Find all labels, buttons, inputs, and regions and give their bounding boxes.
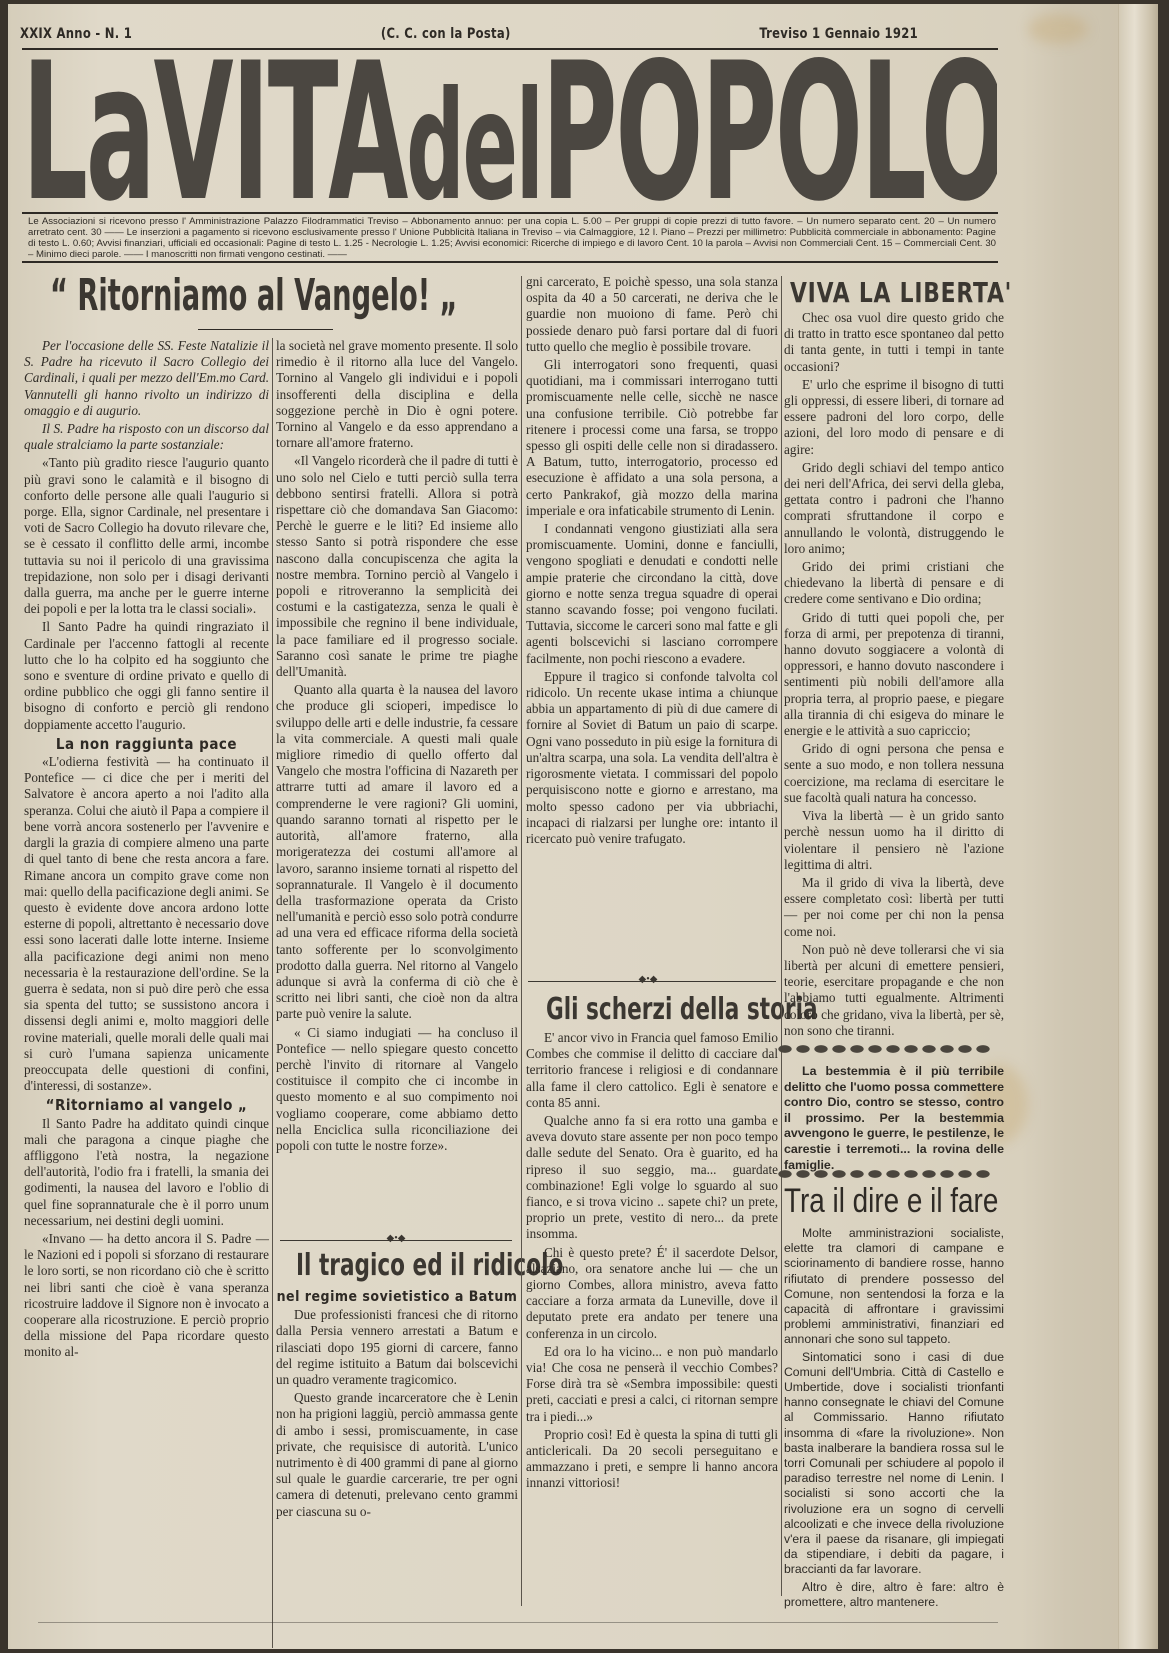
column-3-lower: E' ancor vivo in Francia quel famoso Emi… [526, 1030, 778, 1494]
body-paragraph: Molte amministrazioni socialiste, elette… [784, 1226, 1004, 1348]
column-4-lower: Molte amministrazioni socialiste, elette… [784, 1226, 1004, 1612]
column-4: Chec osa vuol dire questo grido che di t… [784, 310, 1004, 1041]
wavy-divider [778, 1044, 994, 1054]
article-headline: Il tragico ed il ridicolo [296, 1248, 563, 1283]
body-paragraph: Chec osa vuol dire questo grido che di t… [784, 310, 1004, 375]
body-paragraph: Altro è dire, altro è fare: altro è prom… [784, 1580, 1004, 1610]
headline-underline [198, 329, 333, 330]
wavy-divider [778, 1169, 994, 1179]
column-4-notice: La bestemmia è il più terribile delitto … [784, 1064, 1004, 1175]
volume-number: XXIX Anno - N. 1 [20, 26, 132, 42]
bottom-fold-line [38, 1622, 998, 1623]
subscription-bottom-rule [22, 261, 998, 263]
section-subhead: “Ritorniamo al vangelo „ [24, 1097, 269, 1113]
column-1: Per l'occasione delle SS. Feste Natalizi… [24, 338, 269, 1363]
body-paragraph: E' urlo che esprime il bisogno di tutti … [784, 377, 1004, 458]
newspaper-page: XXIX Anno - N. 1 (C. C. con la Posta) Tr… [8, 4, 1158, 1649]
column-2-lower: nel regime sovietistico a Batum Due prof… [276, 1286, 518, 1522]
column-divider [272, 338, 273, 1648]
body-paragraph: Grido dei primi cristiani che chiedevano… [784, 559, 1004, 608]
body-paragraph: Non può nè deve tollerarsi che vi sia li… [784, 942, 1004, 1039]
body-paragraph: Viva la libertà — è un grido santo perch… [784, 808, 1004, 873]
masthead-title: LaVITAdelPOPOLO [22, 52, 997, 212]
section-subhead: La non raggiunta pace [24, 736, 269, 752]
body-paragraph: Il Santo Padre ha additato quindi cinque… [24, 1116, 269, 1229]
column-divider [781, 276, 782, 1596]
body-paragraph: Proprio così! Ed è questa la spina di tu… [526, 1427, 778, 1492]
body-paragraph: Due professionisti francesi che di ritor… [276, 1307, 518, 1388]
page-edge [1118, 4, 1158, 1649]
body-paragraph: Quanto alla quarta è la nausea del lavor… [276, 682, 518, 1022]
intro-paragraph: Per l'occasione delle SS. Feste Natalizi… [24, 338, 269, 419]
body-paragraph: «Il Vangelo ricorderà che il padre di tu… [276, 453, 518, 680]
separator-ornament: ◆•◆ [639, 974, 658, 985]
body-paragraph: I condannati vengono giustiziati alla se… [526, 521, 778, 667]
body-paragraph: Ed ora lo ha vicino... e non può mandarl… [526, 1344, 778, 1425]
article-subtitle: nel regime sovietistico a Batum [276, 1289, 518, 1305]
header-line: XXIX Anno - N. 1 (C. C. con la Posta) Tr… [20, 26, 918, 42]
body-paragraph: Chi è questo prete? É' il sacerdote Dels… [526, 1245, 778, 1342]
subscription-info: Le Associazioni si ricevono presso l' Am… [28, 216, 996, 260]
body-paragraph: Grido degli schiavi del tempo antico dei… [784, 460, 1004, 557]
article-headline: VIVA LA LIBERTA' [790, 276, 1012, 309]
subscription-top-rule [22, 212, 998, 214]
body-paragraph: «Tanto più gradito riesce l'augurio quan… [24, 455, 269, 617]
body-paragraph: gni carcerato, E poichè spesso, una sola… [526, 274, 778, 355]
body-paragraph: Gli interrogatori sono frequenti, quasi … [526, 357, 778, 519]
binding-edge [0, 1180, 4, 1400]
body-paragraph: Questo grande incarceratore che è Lenin … [276, 1390, 518, 1520]
place-date: Treviso 1 Gennaio 1921 [759, 26, 918, 42]
body-paragraph: Il Santo Padre ha quindi ringraziato il … [24, 619, 269, 732]
paper-stain [1028, 14, 1088, 44]
article-headline: “ Ritorniamo al Vangelo! „ [50, 270, 458, 321]
body-paragraph: Ma il grido di viva la libertà, deve ess… [784, 875, 1004, 940]
body-paragraph: Grido di ogni persona che pensa e sente … [784, 741, 1004, 806]
masthead: LaVITAdelPOPOLO [22, 52, 997, 212]
body-paragraph: Eppure il tragico si confonde talvolta c… [526, 669, 778, 847]
body-paragraph: «L'odierna festività — ha continuato il … [24, 754, 269, 1094]
separator-ornament: ◆•◆ [387, 1233, 406, 1244]
body-paragraph: Qualche anno fa si era rotto una gamba e… [526, 1113, 778, 1243]
article-headline: Tra il dire e il fare [784, 1182, 998, 1221]
body-paragraph: « Ci siamo indugiati — ha concluso il Po… [276, 1025, 518, 1155]
notice-paragraph: La bestemmia è il più terribile delitto … [784, 1064, 1004, 1173]
column-2: la società nel grave momento presente. I… [276, 338, 518, 1156]
body-paragraph: la società nel grave momento presente. I… [276, 338, 518, 451]
column-3: gni carcerato, E poichè spesso, una sola… [526, 274, 778, 849]
body-paragraph: «Invano — ha detto ancora il S. Padre — … [24, 1231, 269, 1361]
article-headline: Gli scherzi della storia [546, 992, 818, 1027]
body-paragraph: Sintomatici sono i casi di due Comuni de… [784, 1350, 1004, 1578]
intro-paragraph: Il S. Padre ha risposto con un discorso … [24, 421, 269, 453]
header-rule [22, 48, 998, 50]
postal-note: (C. C. con la Posta) [381, 26, 511, 42]
body-paragraph: Grido di tutti quei popoli che, per forz… [784, 610, 1004, 740]
column-divider [521, 276, 522, 1606]
body-paragraph: E' ancor vivo in Francia quel famoso Emi… [526, 1030, 778, 1111]
